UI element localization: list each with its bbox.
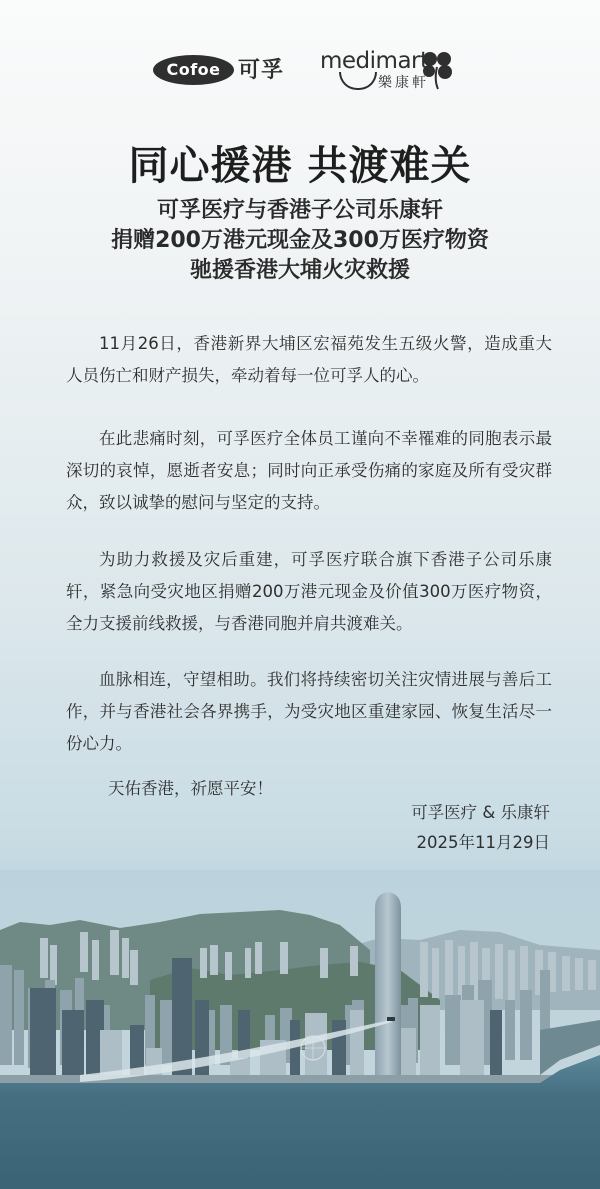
paragraph-2-text: 在此悲痛时刻，可孚医疗全体员工谨向不幸罹难的同胞表示最深切的哀悼，愿逝者安息；同… — [66, 423, 552, 519]
signature-org: 可孚医疗 & 乐康轩 — [411, 798, 550, 828]
cofoe-logo: Cofoe — [153, 55, 234, 85]
page-title: 同心援港 共渡难关 — [0, 134, 600, 191]
paragraph-4: 血脉相连，守望相助。我们将持续密切关注灾情进展与善后工作，并与香港社会各界携手，… — [66, 664, 552, 760]
smile-logo-icon — [339, 72, 377, 90]
paragraph-3-text: 为助力救援及灾后重建，可孚医疗联合旗下香港子公司乐康轩，紧急向受灾地区捐赠200… — [66, 544, 552, 640]
paragraph-1: 11月26日，香港新界大埔区宏福苑发生五级火警，造成重大人员伤亡和财产损失，牵动… — [66, 328, 552, 392]
paragraph-2: 在此悲痛时刻，可孚医疗全体员工谨向不幸罹难的同胞表示最深切的哀悼，愿逝者安息；同… — [66, 423, 552, 519]
paragraph-3: 为助力救援及灾后重建，可孚医疗联合旗下香港子公司乐康轩，紧急向受灾地区捐赠200… — [66, 544, 552, 640]
paragraph-1-text: 11月26日，香港新界大埔区宏福苑发生五级火警，造成重大人员伤亡和财产损失，牵动… — [66, 328, 552, 392]
blessing-text: 天佑香港，祈愿平安！ — [108, 775, 273, 799]
subtitle-line-1: 可孚医疗与香港子公司乐康轩 — [0, 196, 600, 226]
subtitle-line-2: 捐赠200万港元现金及300万医疗物资 — [0, 226, 600, 256]
paragraph-4-text: 血脉相连，守望相助。我们将持续密切关注灾情进展与善后工作，并与香港社会各界携手，… — [66, 664, 552, 760]
medimart-logo: medimart — [320, 48, 429, 74]
subtitle: 可孚医疗与香港子公司乐康轩 捐赠200万港元现金及300万医疗物资 驰援香港大埔… — [0, 196, 600, 286]
logo-bar: Cofoe 可孚 medimart 樂康軒 — [0, 46, 600, 90]
clover-logo-icon — [420, 50, 454, 90]
hong-kong-skyline-image — [0, 870, 600, 1189]
subtitle-line-3: 驰援香港大埔火灾救援 — [0, 256, 600, 286]
signature: 可孚医疗 & 乐康轩 2025年11月29日 — [411, 798, 550, 858]
cofoe-cn-logo-text: 可孚 — [238, 53, 284, 84]
signature-date: 2025年11月29日 — [411, 828, 550, 858]
